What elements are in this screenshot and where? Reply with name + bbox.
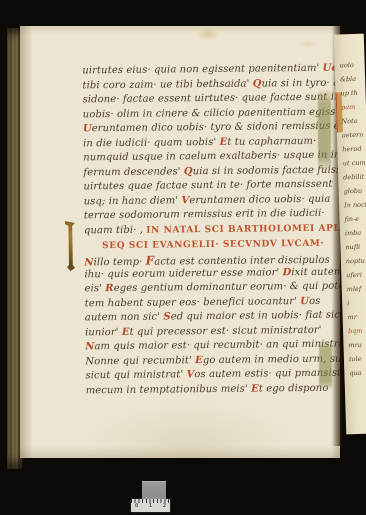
text-fragment: uferi (346, 268, 366, 283)
ruler-label: 1 (149, 503, 152, 509)
manuscript-line: mecum in temptationibus meis' Et ego dis… (86, 383, 340, 400)
text-run: eruntamen dico uobis· quia (189, 194, 330, 206)
text-run: mecum in temptationibus meis' (86, 384, 252, 397)
text-run: iunior' (85, 327, 122, 338)
text-fragment: &bla (340, 72, 364, 87)
text-run: N (84, 257, 93, 268)
text-run: am quis maior est· qui recumbit· an qui … (94, 339, 340, 353)
text-fragment: Nota (341, 114, 365, 129)
text-run: ed qui maior est in uobis· fiat sicut (171, 310, 340, 323)
text-run: N (85, 342, 94, 353)
illuminated-initial-i (65, 221, 75, 271)
manuscript-photo: uirtutes eius· quia non egissent paenite… (0, 0, 366, 515)
text-run: Q (253, 78, 262, 89)
text-run: tem habent super eos· benefici uocantur' (85, 296, 301, 309)
text-run: uobis· olim in cinere & cilicio paeniten… (83, 106, 340, 120)
text-run: eges gentium dominantur eorum· & qui pot… (114, 281, 340, 295)
text-fragment: up th (340, 86, 364, 101)
text-run: os (309, 296, 320, 307)
text-run: V (186, 370, 194, 381)
text-run: terrae sodomorum remissius erit in die i… (84, 208, 325, 222)
text-fragment: noptu (346, 254, 366, 269)
text-run: sicut qui ministrat' (85, 370, 186, 382)
text-run: eruntamen dico uobis· tyro & sidoni remi… (92, 121, 340, 135)
text-fragment: mlef (347, 282, 366, 297)
text-run: R (105, 283, 114, 294)
text-fragment: In noct (344, 198, 366, 213)
ruler-label: 2 (163, 503, 166, 509)
text-run: F (146, 254, 155, 268)
text-fragment: nufli (345, 240, 366, 255)
manuscript-text: uirtutes eius· quia non egissent paenite… (82, 63, 339, 400)
text-run: quam tibi· , (84, 225, 146, 237)
text-fragment: fin-e (344, 212, 366, 227)
text-run: t tu capharnaum· (227, 136, 316, 148)
text-fragment: herod (342, 142, 366, 157)
showthrough-initial-bottom (319, 341, 332, 389)
text-run: fernum descendes' (83, 166, 184, 178)
text-run: D (283, 267, 292, 278)
rubric-text: SEQ SCI EVANGELII· SECVNDV LVCAM· (102, 238, 324, 250)
text-run: E (122, 327, 130, 338)
text-run: V (181, 195, 189, 206)
text-run: uirtutes quae factae sunt in te· forte m… (83, 179, 332, 193)
rubric-text: IN NATAL SCI BARTHOLOMEI APLI· (146, 224, 340, 236)
text-fragment: bqm (348, 324, 366, 339)
text-run: eis' (85, 283, 106, 294)
text-fragment: uolo (339, 58, 363, 73)
text-fragment: pam (341, 100, 365, 115)
text-run: t qui precessor est· sicut ministrator' (130, 325, 322, 338)
grayscale-calibration-patch (142, 481, 166, 501)
ruler-labels: 012 (131, 503, 170, 509)
text-run: illo temp· (94, 257, 146, 269)
facing-page-text-fragments: uolo&blaup thpamNotaaeternherodut cumdeb… (339, 58, 366, 381)
showthrough-initial-top (318, 90, 331, 170)
text-run: uirtutes eius· quia non egissent paenite… (82, 63, 322, 77)
scale-ruler: 012 (131, 499, 170, 512)
text-fragment: imba (345, 226, 366, 241)
text-run: usq; in hanc diem' (84, 195, 182, 207)
text-run: numquid usque in caelum exaltaberis· usq… (83, 150, 340, 164)
text-run: uia si in tyro· & (261, 77, 340, 89)
text-run: S (163, 312, 170, 323)
ruler-label: 0 (135, 503, 138, 509)
text-fragment: qua (349, 366, 366, 381)
text-fragment: i (347, 296, 366, 311)
text-fragment: tole (349, 352, 366, 367)
manuscript-page: uirtutes eius· quia non egissent paenite… (20, 26, 340, 458)
text-fragment: aetern (342, 128, 366, 143)
text-run: sidone· factae essent uirtutes· quae fac… (83, 92, 340, 106)
text-fragment: debilit (343, 170, 366, 185)
text-fragment: mr (347, 310, 366, 325)
text-fragment: globu (343, 184, 366, 199)
text-run: Nonne qui recumbit' (85, 355, 195, 367)
text-run: autem non sic' (85, 312, 164, 324)
text-fragment: ut cum (343, 156, 366, 171)
text-run: ihu· quis eorum uideretur esse maior' (84, 267, 282, 280)
text-fragment: mra (348, 338, 366, 353)
text-run: U (83, 123, 92, 134)
text-run: in die iudicii· quam uobis' (83, 137, 220, 149)
text-run: tibi coro zaim· ue tibi bethsaida' (82, 78, 252, 91)
